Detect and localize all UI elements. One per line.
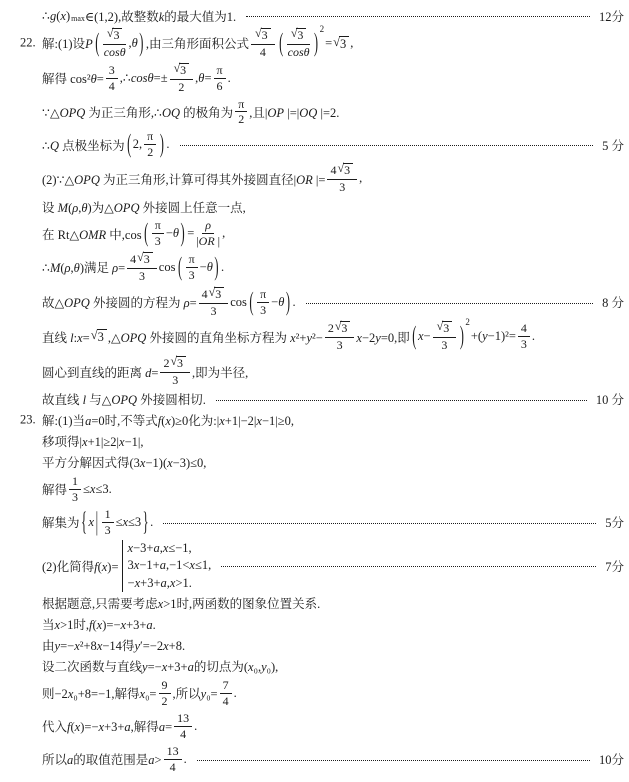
radicand: 3 [112,28,122,43]
text-run: 2, [133,137,142,152]
numerator: 4 [518,322,530,337]
text-run: −θ [166,226,179,241]
paren-content: x−√33 [418,320,458,353]
dotted-leader [180,145,594,146]
text-run: 解得 [42,480,67,498]
radicand: 3 [296,28,306,43]
solution-line: 当x>1时,f(x)=−x+3+a. [42,614,624,635]
square-root: √3 [337,163,353,178]
numerator: 2√3 [325,321,355,338]
fraction: π3 [152,219,164,248]
text-run: cos [230,295,247,310]
text-run: ,且|OP |=|OQ |=2. [249,103,339,121]
text-run: ∵△OPQ 为正三角形,∴OQ 的极角为 [42,103,233,121]
fraction: 2√33 [325,321,355,352]
left-paren: ( [178,252,182,284]
text-run: . [221,260,224,275]
left-paren: ( [127,129,131,161]
solution-line: 由y=−x²+8x−14得y′=−2x+8. [42,635,624,656]
numerator: π [186,253,198,268]
problem-number: 23. [20,413,36,428]
text-run: 解集为 [42,513,80,531]
text-run: 圆心到直线的距离 d= [42,363,158,381]
square-root: √3 [137,252,153,267]
text-run: |OR | [196,235,220,248]
numerator: π [144,130,156,145]
text-run: 2 [328,322,334,335]
text-run: 3 [105,524,111,537]
parenthesized-group: (√3cosθ)2 [278,27,324,60]
case-row: x−3+a,x≤−1, [128,541,192,556]
square-root: √3 [335,321,351,336]
solution-line: (2)∵△OPQ 为正三角形,计算可得其外接圆直径|OR |=4√33, [42,161,624,196]
exponent: 2 [320,25,325,34]
score-label: 8 分 [602,293,624,311]
radical-sign: √ [335,320,342,333]
paren-content: √3cosθ [285,27,313,60]
denominator: 4 [170,760,176,774]
big-delimiter: | [96,507,99,539]
radicand: 3 [143,252,153,267]
fraction: 74 [220,679,232,708]
right-paren: ) [139,28,143,60]
text-run: = [187,226,194,241]
text-run: π [189,253,195,266]
text-run: 4 [180,728,186,741]
left-paren: ( [412,321,416,353]
text-run: ,△OPQ 外接圆的直角坐标方程为 x²+y²− [108,328,323,346]
fraction: 43 [518,322,530,351]
text-run: ,θ [128,36,137,51]
solution-line: 圆心到直线的距离 d=2√33,即为半径, [42,354,624,389]
text-run: . [150,515,153,530]
score-label: 5 分 [602,136,624,154]
right-paren: ) [314,28,318,60]
score-label: 5分 [605,513,624,531]
square-root: √3 [333,36,349,51]
text-run: 13 [177,712,189,725]
text-run: 3 [441,339,447,352]
text-run: 3 [189,269,195,282]
text-run: π [155,219,161,232]
numerator: 2√3 [160,356,190,373]
square-root: √3 [291,28,307,43]
radical-sign: √ [107,27,114,40]
fraction: √3cosθ [103,28,127,59]
text-run: 根据题意,只需要考虑x>1时,两函数的图象位置关系. [42,594,320,612]
text-run: 7 [223,679,229,692]
denominator: cosθ [288,45,310,59]
radicand: 3 [340,321,350,336]
solution-line: 代入f(x)=−x+3+a,解得a=134. [42,710,624,743]
denominator: 2 [147,145,153,159]
text-run: 3 [109,64,115,77]
solution-line: 故直线 l 与△OPQ 外接圆相切.10 分 [42,389,624,410]
text-run: cos [159,260,176,275]
text-run: 2 [147,146,153,159]
fraction: √32 [170,63,194,94]
text-run: 1 [105,508,111,521]
text-run: 故△OPQ 外接圆的方程为 ρ= [42,293,197,311]
text-run: 当x>1时,f(x)=−x+3+a. [42,615,156,633]
text-run: 2 [178,81,184,94]
fraction: π3 [186,253,198,282]
numerator: π [257,288,269,303]
numerator: 1 [102,508,114,523]
text-run: 3 [337,339,343,352]
denominator: 3 [339,180,345,194]
denominator: 4 [180,727,186,741]
parenthesized-group: (√3cosθ,θ) [94,27,145,60]
solution-page: ∴g(x)max∈(1,2),故整数k的最大值为1.12分22.解:(1)设P(… [0,0,629,782]
text-run: 则−2x₀+8=−1,解得x₀= [42,684,157,702]
case-row: −x+3+a,x>1. [128,576,192,591]
paren-content: π3−θ [184,252,213,283]
text-run: 4 [521,322,527,335]
text-run: ≤x≤3. [83,482,112,497]
fraction: 92 [159,679,171,708]
text-run: 3 [521,338,527,351]
paren-content: √3cosθ,θ [101,27,138,60]
subscript: max [71,14,85,23]
text-run: 设 M(ρ,θ)为△OPQ 外接圆上任意一点, [42,198,246,216]
text-run: 3 [139,270,145,283]
case-row: 3x−1+a,−1<x≤1, [128,558,212,573]
solution-line: 则−2x₀+8=−1,解得x₀=92,所以y₀=74. [42,677,624,710]
numerator: √3 [433,321,457,338]
square-root: √3 [437,321,453,336]
denominator: 3 [189,268,195,282]
text-run: 3 [72,491,78,504]
right-paren: ) [286,286,290,318]
text-run: 故直线 l 与△OPQ 外接圆相切. [42,390,206,408]
parenthesized-group: (π3−θ) [248,287,292,318]
text-run: 2 [163,357,169,370]
right-paren: ) [181,218,185,250]
numerator: √3 [251,28,275,45]
denominator: 3 [260,303,266,317]
text-run: , [222,226,225,241]
denominator: 2 [238,112,244,126]
denominator: 3 [72,490,78,504]
text-run: cosθ [288,46,310,59]
text-run: 代入f(x)=−x+3+a,解得a= [42,717,172,735]
numerator: π [235,98,247,113]
denominator: 4 [223,694,229,708]
numerator: ρ [202,219,214,234]
denominator: 2 [162,694,168,708]
fraction: 134 [164,745,182,774]
text-run: 2 [162,695,168,708]
solution-line: 所以a的取值范围是a>134.10分 [42,743,624,776]
text-run: . [166,137,169,152]
score-label: 10 分 [596,390,624,408]
radical-sign: √ [137,251,144,264]
denominator: 3 [441,338,447,352]
parenthesized-group: (2,π2) [126,129,166,160]
text-run: 4 [170,761,176,774]
text-run: ∴Q 点极坐标为 [42,136,125,154]
numerator: √3 [170,63,194,80]
text-run: π [147,130,153,143]
text-run: 9 [162,679,168,692]
solution-line: ∴g(x)max∈(1,2),故整数k的最大值为1.12分 [42,5,624,26]
numerator: √3 [287,28,311,45]
denominator: 4 [260,45,266,59]
solution-line: ∴Q 点极坐标为(2,π2).5 分 [42,128,624,161]
solution-line: 平方分解因式得(3x−1)(x−3)≤0, [42,452,624,473]
denominator: 4 [109,79,115,93]
parenthesized-group: (π3−θ) [143,218,187,249]
fraction: √33 [433,321,457,352]
text-run: ρ [205,219,211,232]
text-run: −θ [200,260,213,275]
text-run: 3 [172,374,178,387]
fraction: π6 [214,64,226,93]
text-run: . [293,295,296,310]
dotted-leader [216,400,587,401]
radicand: 3 [214,287,224,302]
fraction: 2√33 [160,356,190,387]
solution-line: ∴M(ρ,θ)满足 ρ=4√33cos(π3−θ). [42,250,624,285]
numerator: √3 [103,28,127,45]
denominator: 3 [210,304,216,318]
text-run: 4 [223,695,229,708]
text-run: +(y−1)²= [471,329,516,344]
denominator: 3 [105,523,111,537]
fraction: 4√33 [327,163,357,194]
text-run: ,即为半径, [192,363,248,381]
fraction: π3 [257,288,269,317]
text-run: x [89,515,95,530]
square-root: √3 [170,356,186,371]
denominator: |OR | [196,234,220,248]
text-run: ≤x≤3 [116,515,142,530]
dotted-leader [246,16,590,17]
numerator: 13 [174,712,192,727]
big-delimiter: } [143,507,149,539]
fraction: 4√33 [199,287,229,318]
text-run: 4 [260,46,266,59]
fraction: ρ|OR | [196,219,220,248]
text-run: 4 [330,164,336,177]
text-run: (2)化简得f(x)= [42,557,119,575]
fraction: 134 [174,712,192,741]
text-run: −θ [271,295,284,310]
square-root: √3 [174,63,190,78]
dotted-leader [221,566,596,567]
radicand: 3 [442,321,452,336]
paren-content: π3−θ [150,218,179,249]
text-run: 3 [339,181,345,194]
piecewise-cases: x−3+a,x≤−1,3x−1+a,−1<x≤1,−x+3+a,x>1. [122,540,212,592]
text-run: 4 [130,253,136,266]
text-run: 3 [155,235,161,248]
dotted-leader [306,303,593,304]
right-paren: ) [214,252,218,284]
text-run: 解得 cos²θ= [42,69,104,87]
text-run: ,θ= [195,71,211,86]
paren-content: 2,π2 [133,129,158,160]
score-label: 10分 [599,750,624,768]
solution-line: 移项得|x+1|≥2|x−1|, [42,431,624,452]
denominator: 3 [155,234,161,248]
paren-content: π3−θ [255,287,284,318]
solution-line: 故△OPQ 外接圆的方程为 ρ=4√33cos(π3−θ).8 分 [42,285,624,320]
fraction: π2 [235,98,247,127]
numerator: 1 [69,475,81,490]
radicand: 3 [339,36,349,51]
square-root: √3 [209,287,225,302]
text-run: 解:(1)设P [42,34,93,52]
solution-line: 设二次函数与直线y=−x+3+a的切点为(x₀,y₀), [42,656,624,677]
text-run: , [359,171,362,186]
text-run: ∴g(x) [42,8,70,24]
fraction: √3cosθ [287,28,311,59]
text-run: . [234,686,237,701]
radical-sign: √ [255,27,262,40]
text-run: π [217,64,223,77]
left-paren: ( [95,28,99,60]
solution-line: ∵△OPQ 为正三角形,∴OQ 的极角为π2,且|OP |=|OQ |=2. [42,96,624,129]
solution-line: 根据题意,只需要考虑x>1时,两函数的图象位置关系. [42,593,624,614]
solution-line: 在 Rt△OMR 中,cos(π3−θ)=ρ|OR |, [42,217,624,250]
text-run: 在 Rt△OMR 中,cos [42,225,142,243]
solution-line: 23.解:(1)当a=0时,不等式f(x)≥0化为:|x+1|−2|x−1|≥0… [42,410,624,431]
solution-line: 解得13≤x≤3. [42,473,624,506]
numerator: π [152,219,164,234]
solution-line: (2)化简得f(x)=x−3+a,x≤−1,3x−1+a,−1<x≤1,−x+3… [42,539,624,593]
radicand: 3 [343,163,353,178]
solution-line: 解得 cos²θ=34,∴cosθ=±√32,θ=π6. [42,61,624,96]
radical-sign: √ [209,286,216,299]
score-label: 12分 [599,7,624,25]
numerator: 9 [159,679,171,694]
numerator: π [214,64,226,79]
exponent: 2 [465,318,470,327]
square-root: √3 [91,329,107,344]
text-run: 由y=−x²+8x−14得y′=−2x+8. [42,636,185,654]
big-delimiter: { [81,507,87,539]
denominator: 3 [521,337,527,351]
denominator: 3 [172,373,178,387]
text-run: cosθ [104,46,126,59]
text-run: 平方分解因式得(3x−1)(x−3)≤0, [42,453,206,471]
radical-sign: √ [437,320,444,333]
text-run: . [184,752,187,767]
text-run: 直线 l:x= [42,328,90,346]
text-run: (2)∵△OPQ 为正三角形,计算可得其外接圆直径|OR |= [42,170,325,188]
left-paren: ( [144,218,148,250]
radical-sign: √ [337,162,344,175]
dotted-leader [163,523,596,524]
numerator: 4√3 [199,287,229,304]
text-run: ,由三角形面积公式 [146,34,249,52]
radical-sign: √ [170,355,177,368]
text-run: 3 [260,304,266,317]
text-run: 4 [109,80,115,93]
square-root: √3 [255,28,271,43]
text-run: 4 [202,288,208,301]
problem-number: 22. [20,36,36,51]
text-run: ,∴cosθ=± [120,70,168,86]
radical-sign: √ [91,328,98,343]
right-paren: ) [460,321,464,353]
parenthesized-group: (x−√33)2 [411,320,470,353]
text-run: 2 [238,113,244,126]
text-run: 13 [167,745,179,758]
square-root: √3 [107,28,123,43]
score-label: 7分 [605,557,624,575]
text-run: . [194,719,197,734]
text-run: 6 [217,80,223,93]
numerator: 13 [164,745,182,760]
fraction: 13 [102,508,114,537]
text-run: , [350,36,353,51]
text-run: π [238,98,244,111]
radicand: 3 [97,329,107,344]
text-run: 设二次函数与直线y=−x+3+a的切点为(x₀,y₀), [42,657,278,675]
denominator: cosθ [104,45,126,59]
radical-sign: √ [333,35,340,50]
text-run: x−2y=0,即 [356,328,409,346]
radical-sign: √ [291,27,298,40]
text-run: 1 [72,475,78,488]
text-run: 解:(1)当a=0时,不等式f(x)≥0化为:|x+1|−2|x−1|≥0, [42,411,294,429]
text-run: 3 [210,305,216,318]
solution-line: 解集为{x|13≤x≤3}.5分 [42,506,624,539]
radicand: 3 [179,63,189,78]
text-run: ∴M(ρ,θ)满足 ρ= [42,258,125,276]
numerator: 4√3 [127,252,157,269]
left-paren: ( [249,286,253,318]
text-run: ∈(1,2),故整数k的最大值为1. [85,7,236,25]
fraction: √34 [251,28,275,59]
fraction: π2 [144,130,156,159]
numerator: 3 [106,64,118,79]
text-run: π [260,288,266,301]
text-run: = [325,36,332,51]
parenthesized-group: (π3−θ) [176,252,220,283]
numerator: 4√3 [327,163,357,180]
radical-sign: √ [174,62,181,75]
denominator: 6 [217,79,223,93]
text-run: . [532,329,535,344]
solution-line: 22.解:(1)设P(√3cosθ,θ),由三角形面积公式√34(√3cosθ)… [42,26,624,61]
right-paren: ) [160,129,164,161]
text-run: 所以a的取值范围是a> [42,750,162,768]
text-run: . [228,71,231,86]
text-run: ,所以y₀= [173,684,218,702]
solution-line: 直线 l:x=√3,△OPQ 外接圆的直角坐标方程为 x²+y²−2√33x−2… [42,319,624,354]
dotted-leader [197,760,590,761]
denominator: 3 [337,338,343,352]
solution-line: 设 M(ρ,θ)为△OPQ 外接圆上任意一点, [42,196,624,217]
fraction: 13 [69,475,81,504]
numerator: 7 [220,679,232,694]
radicand: 3 [176,356,186,371]
denominator: 3 [139,269,145,283]
left-paren: ( [279,28,283,60]
text-run: x− [418,329,431,344]
denominator: 2 [178,80,184,94]
text-run: 移项得|x+1|≥2|x−1|, [42,432,144,450]
radicand: 3 [261,28,271,43]
fraction: 34 [106,64,118,93]
fraction: 4√33 [127,252,157,283]
